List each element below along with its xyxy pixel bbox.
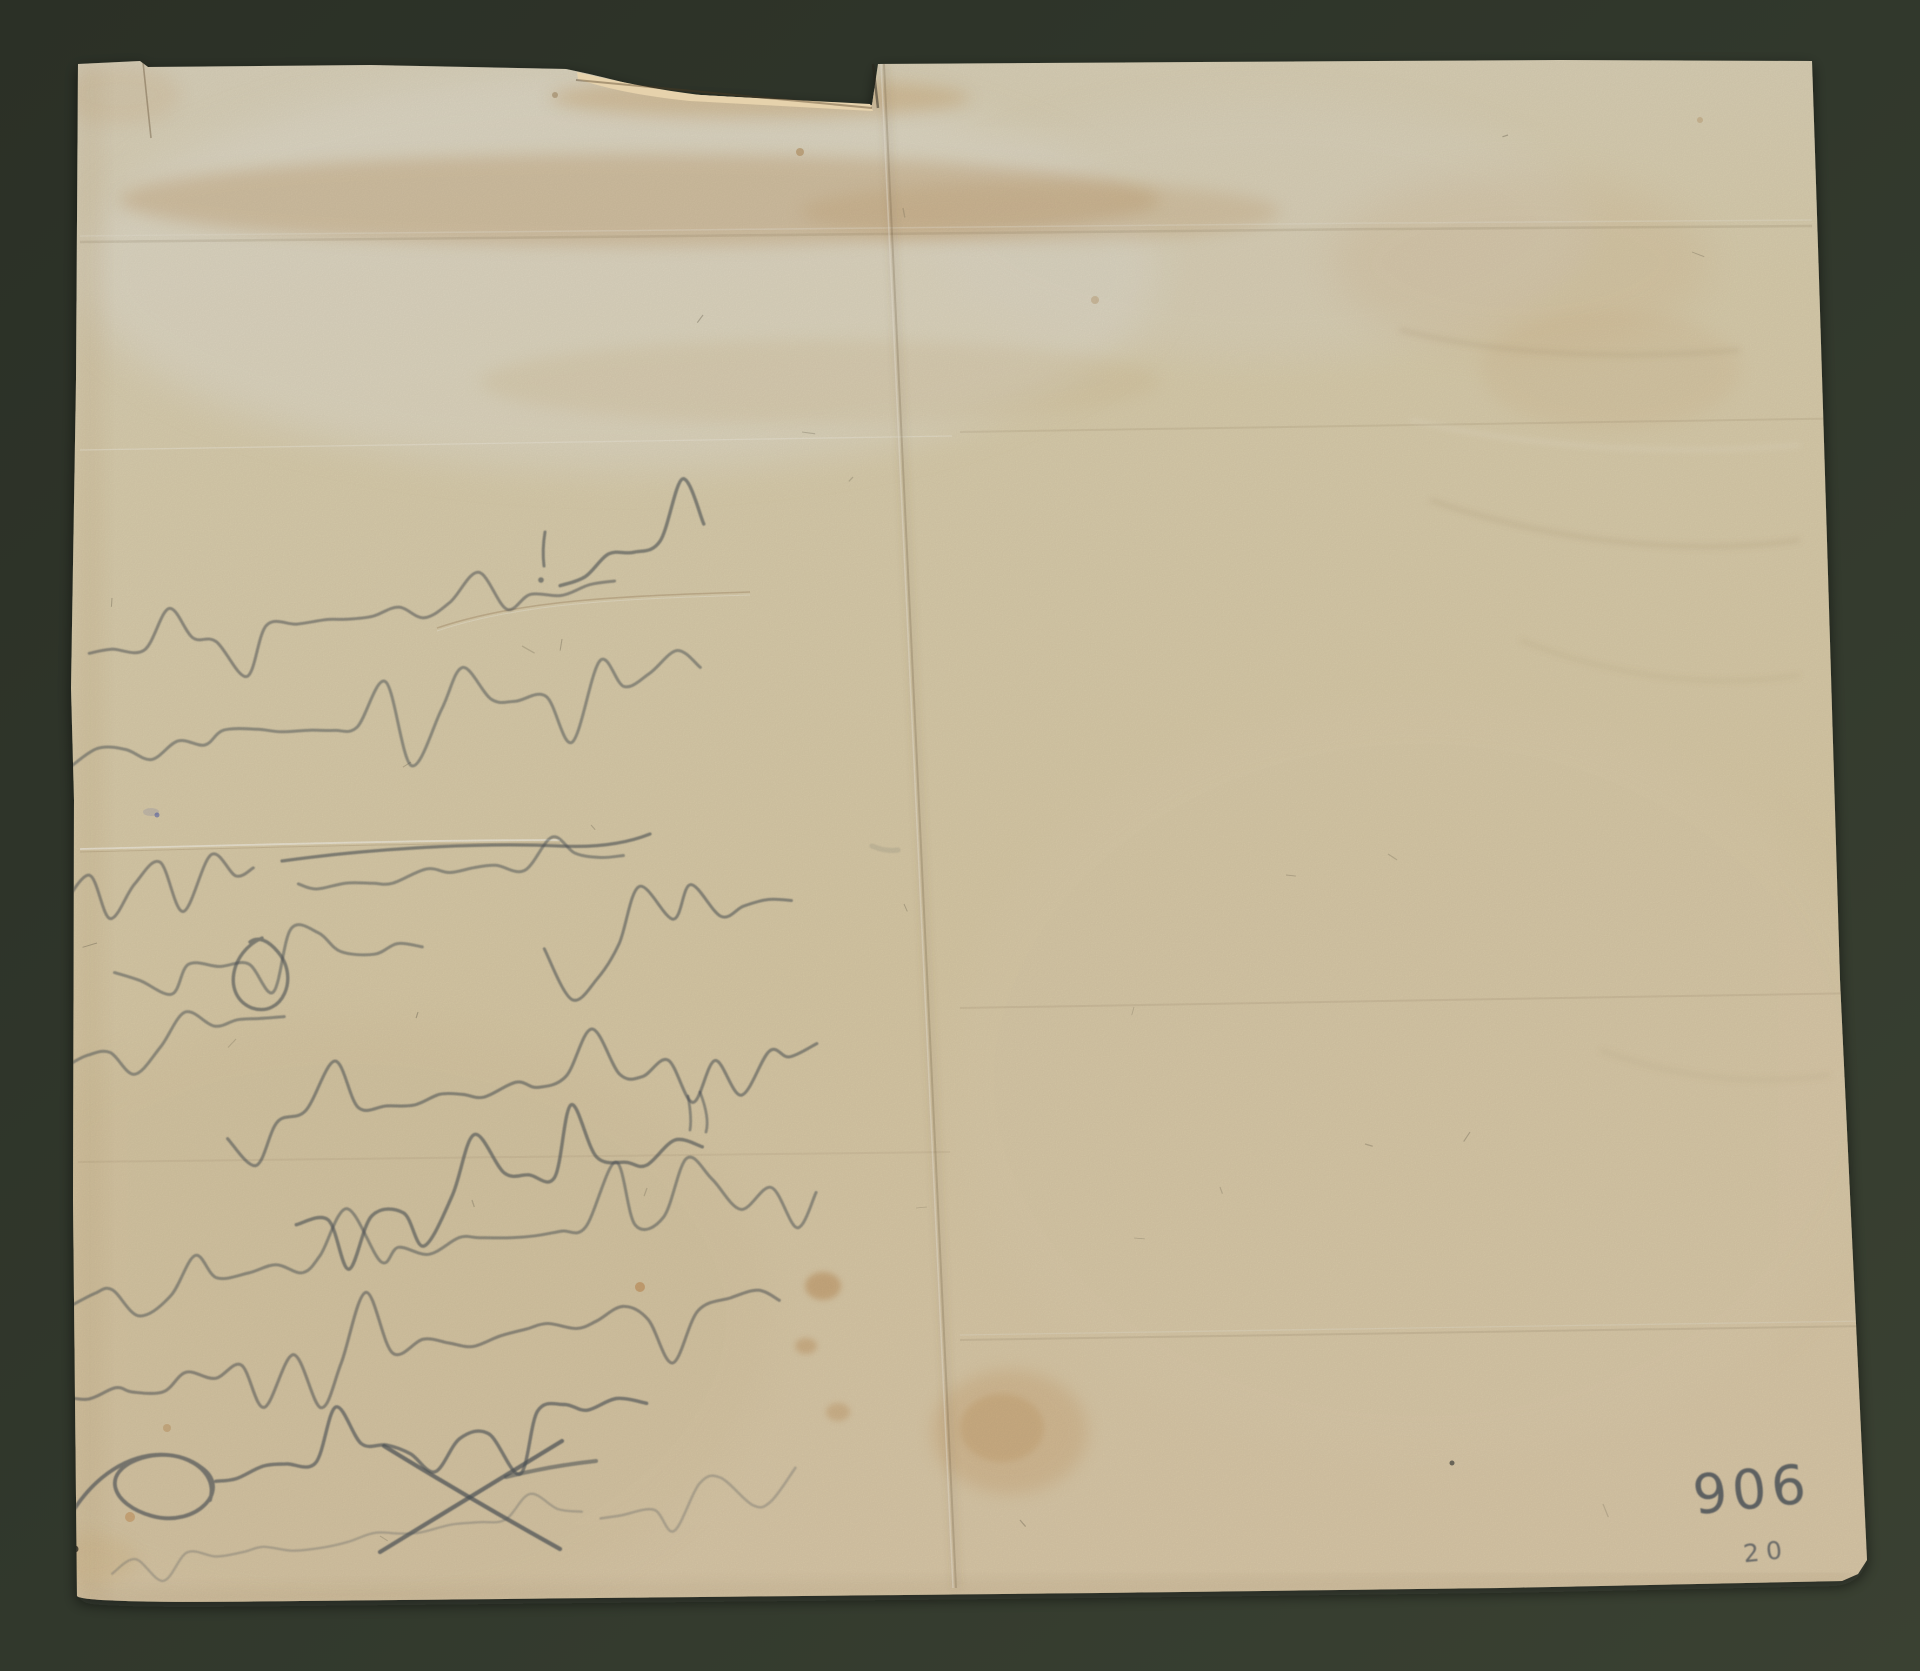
scan-canvas: 906 20 bbox=[0, 0, 1920, 1671]
paper-grain-texture bbox=[60, 50, 1880, 1620]
scanned-document-photo: 906 20 bbox=[0, 0, 1920, 1671]
